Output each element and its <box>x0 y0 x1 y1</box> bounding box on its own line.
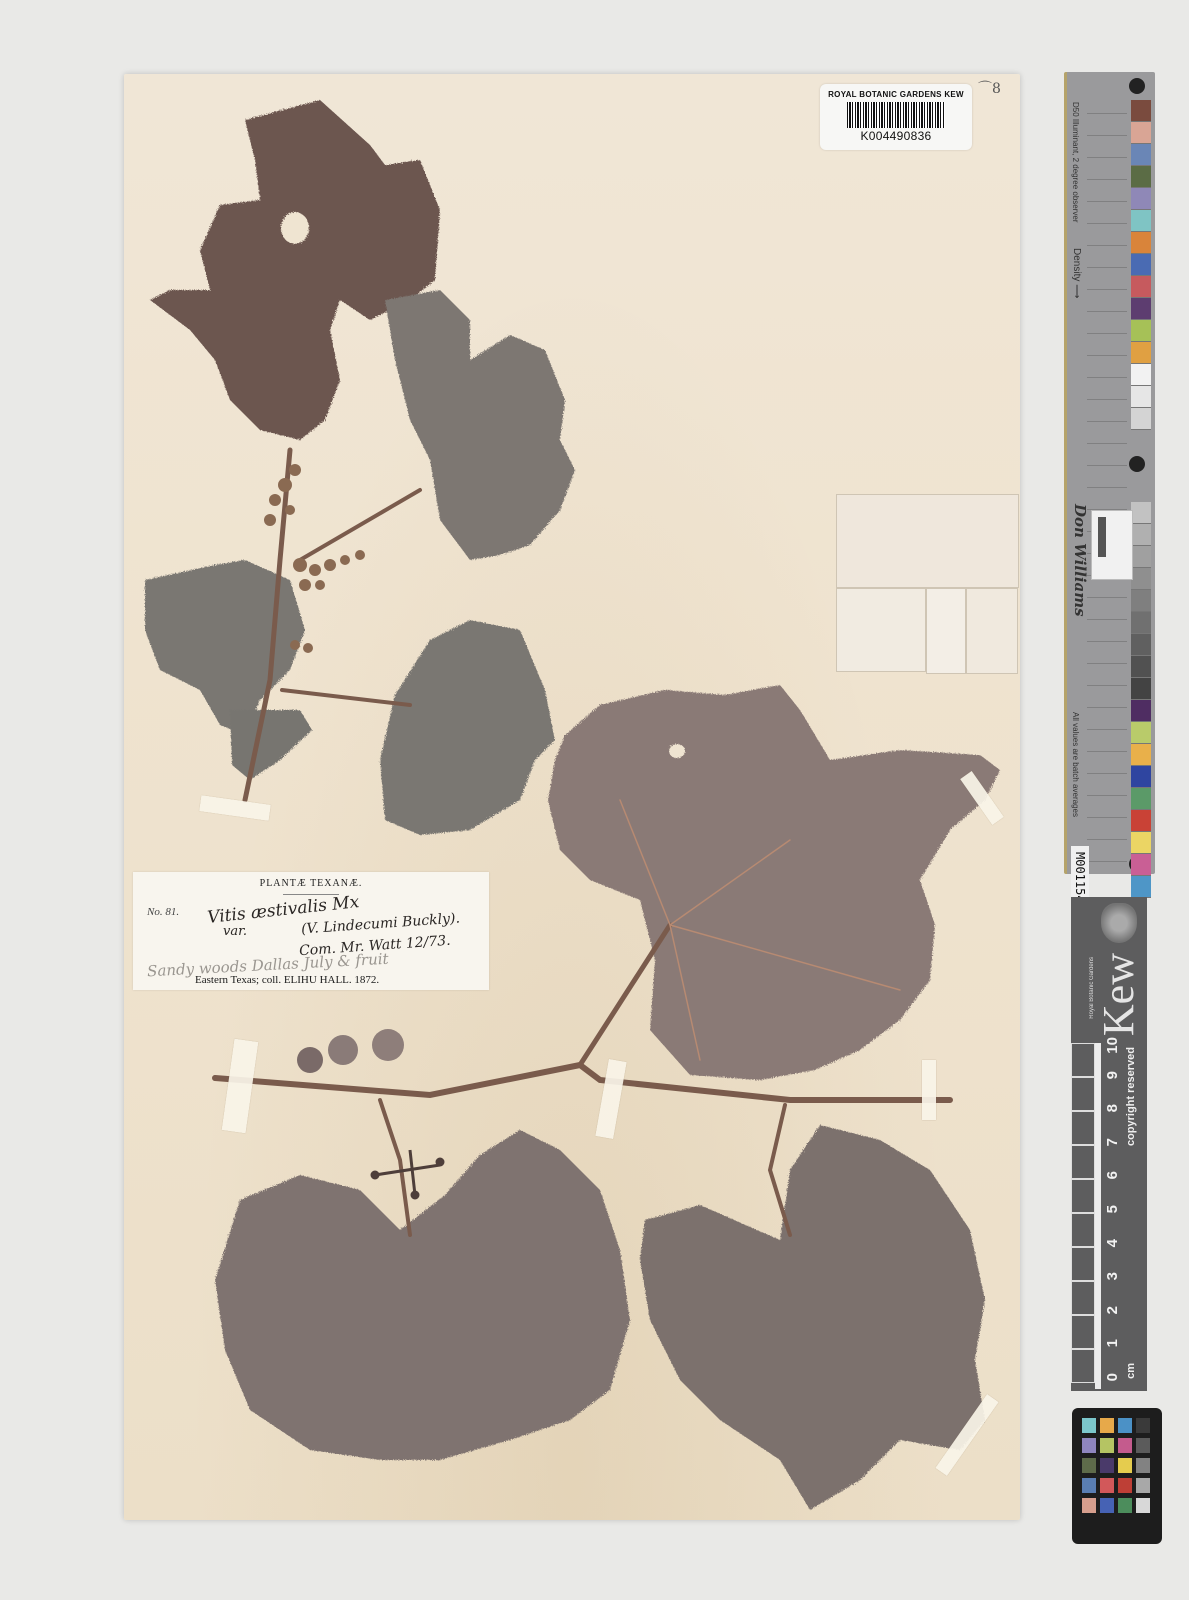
leaf-upper-right <box>385 290 575 560</box>
barcode-label: ROYAL BOTANIC GARDENS KEW K004490836 <box>820 84 972 150</box>
color-swatch <box>1131 100 1151 122</box>
scale-cells <box>1071 1043 1095 1389</box>
scale-cell <box>1071 1111 1095 1145</box>
scale-tick-label: 7 <box>1104 1138 1121 1146</box>
kew-scale-bar: Royal Botanic Gardens Kew copyright rese… <box>1071 897 1147 1391</box>
color-swatch <box>1131 166 1151 188</box>
leaf-small-lower <box>230 710 312 780</box>
color-swatch <box>1131 502 1151 524</box>
color-swatch <box>1131 364 1151 386</box>
scale-tick-label: 10 <box>1104 1037 1121 1054</box>
density-label: Density ⟶ <box>1071 248 1082 298</box>
checker-patch <box>1100 1478 1114 1493</box>
scale-cell <box>1071 1077 1095 1111</box>
fruit-stalks <box>372 1150 443 1198</box>
checker-patch <box>1082 1438 1096 1453</box>
color-swatch <box>1131 342 1151 364</box>
leaf-bottom-right <box>640 1125 985 1510</box>
color-swatch <box>1131 320 1151 342</box>
scale-tick-label: 6 <box>1104 1171 1121 1179</box>
taxon-rank: var. <box>223 924 247 939</box>
ruler-hole-top <box>1129 78 1145 94</box>
color-swatch <box>1131 276 1151 298</box>
checker-patches <box>1082 1418 1150 1513</box>
packet-middle-flap <box>926 588 966 674</box>
checker-patch <box>1118 1418 1132 1433</box>
leaf-bottom-left <box>215 1130 630 1460</box>
color-swatch <box>1131 722 1151 744</box>
scale-cell <box>1071 1043 1095 1077</box>
barcode-number: K004490836 <box>820 129 972 143</box>
scale-tick-label: 1 <box>1104 1339 1121 1347</box>
scale-tick-label: 2 <box>1104 1306 1121 1314</box>
grape-cluster <box>297 1029 404 1073</box>
color-swatch <box>1131 298 1151 320</box>
color-checker-card <box>1072 1408 1162 1544</box>
checker-patch <box>1082 1418 1096 1433</box>
leaf-large-right <box>548 685 1000 1080</box>
scale-tick-label: 3 <box>1104 1272 1121 1280</box>
ruler-brand: Don Williams <box>1071 504 1089 617</box>
checker-patch <box>1136 1438 1150 1453</box>
kew-crest-icon <box>1101 903 1137 943</box>
checker-patch <box>1136 1478 1150 1493</box>
mounting-tape <box>922 1060 936 1120</box>
scale-tick-label: 9 <box>1104 1071 1121 1079</box>
scale-cell <box>1071 1281 1095 1315</box>
color-swatch <box>1131 210 1151 232</box>
color-swatch <box>1131 122 1151 144</box>
color-swatch <box>1131 634 1151 656</box>
color-swatch <box>1131 788 1151 810</box>
collector-footer: Eastern Texas; coll. ELIHU HALL. 1872. <box>195 974 379 986</box>
checker-patch <box>1118 1478 1132 1493</box>
checker-patch <box>1082 1498 1096 1513</box>
scale-tick-label: 0 <box>1104 1373 1121 1381</box>
color-swatch <box>1131 810 1151 832</box>
scale-cell <box>1071 1349 1095 1383</box>
leaf-middle-right <box>380 620 555 835</box>
scale-tick-label: 4 <box>1104 1239 1121 1247</box>
color-swatch <box>1131 386 1151 408</box>
scale-tick-label: 5 <box>1104 1205 1121 1213</box>
checker-patch <box>1100 1458 1114 1473</box>
checker-patch <box>1136 1458 1150 1473</box>
corner-mark: ⌒8 <box>978 78 1001 98</box>
copyright-notice: copyright reserved <box>1125 1047 1137 1146</box>
checker-patch <box>1082 1458 1096 1473</box>
label-header: PLANTÆ TEXANÆ. <box>133 878 489 889</box>
color-swatch <box>1131 524 1151 546</box>
illuminant-note: D50 Illuminant, 2 degree observer <box>1071 102 1080 223</box>
color-swatch <box>1131 144 1151 166</box>
scale-cell <box>1071 1315 1095 1349</box>
color-swatch <box>1131 590 1151 612</box>
scale-cell <box>1071 1145 1095 1179</box>
color-swatch <box>1131 766 1151 788</box>
color-swatches <box>1131 100 1151 898</box>
packet-right-flap <box>966 588 1018 674</box>
collection-number: No. 81. <box>147 906 179 918</box>
kew-wordmark: Kew <box>1099 953 1139 1036</box>
color-swatch <box>1131 678 1151 700</box>
color-swatch <box>1131 656 1151 678</box>
checker-patch <box>1100 1438 1114 1453</box>
packet-left-flap <box>836 588 926 672</box>
color-swatch <box>1131 854 1151 876</box>
fragment-packet[interactable] <box>836 494 1019 674</box>
scale-cell <box>1071 1213 1095 1247</box>
color-reference-ruler: inches D50 Illuminant, 2 degree observer… <box>1064 72 1155 874</box>
color-swatch <box>1131 568 1151 590</box>
unit-label: cm <box>1125 1363 1137 1379</box>
grey-scale-insert <box>1091 510 1133 580</box>
scale-tick-label: 8 <box>1104 1104 1121 1112</box>
packet-top-flap <box>836 494 1019 588</box>
color-swatch <box>1131 232 1151 254</box>
color-swatch <box>1131 188 1151 210</box>
leaf-top-dark <box>150 100 440 440</box>
ruler-ticks <box>1087 92 1127 872</box>
checker-patch <box>1082 1478 1096 1493</box>
color-swatch <box>1131 832 1151 854</box>
checker-patch <box>1118 1498 1132 1513</box>
barcode-bars <box>847 102 945 128</box>
checker-patch <box>1118 1438 1132 1453</box>
scale-cell <box>1071 1247 1095 1281</box>
averages-note: All values are batch averages <box>1071 712 1080 817</box>
checker-patch <box>1136 1498 1150 1513</box>
color-swatch <box>1131 612 1151 634</box>
checker-patch <box>1136 1418 1150 1433</box>
collection-label: PLANTÆ TEXANÆ. No. 81. Vitis æstivalis M… <box>133 872 489 990</box>
checker-patch <box>1118 1458 1132 1473</box>
institution-name: ROYAL BOTANIC GARDENS KEW <box>820 90 972 99</box>
color-swatch <box>1131 546 1151 568</box>
scale-strip <box>1095 1043 1101 1389</box>
checker-patch <box>1100 1498 1114 1513</box>
color-swatch <box>1131 744 1151 766</box>
vitis-specimen <box>0 0 1189 1600</box>
leaf-middle-left <box>145 560 305 735</box>
checker-patch <box>1100 1418 1114 1433</box>
color-swatch <box>1131 876 1151 898</box>
color-swatch <box>1131 408 1151 430</box>
color-swatch <box>1131 700 1151 722</box>
color-swatch <box>1131 254 1151 276</box>
scale-cell <box>1071 1179 1095 1213</box>
